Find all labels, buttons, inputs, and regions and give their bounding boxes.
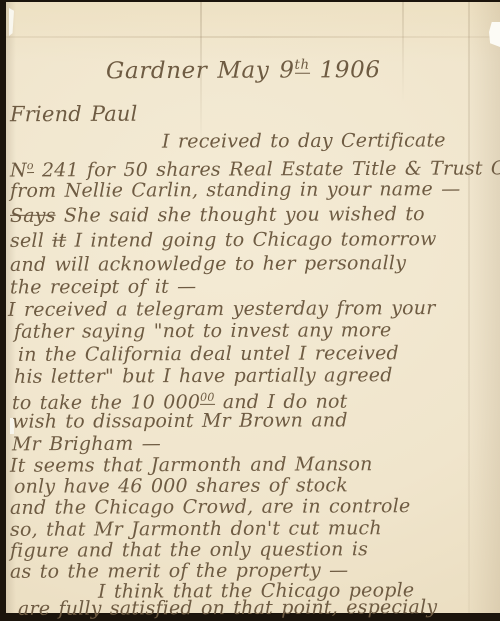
fold-crease-vertical-right (468, 2, 470, 613)
letter-line-22: are fully satisfied on that point, espec… (18, 595, 437, 621)
date-year: 1906 (310, 57, 381, 83)
letter-line-6: and will acknowledge to her personally (10, 251, 406, 277)
letter-line-5: sell it I intend going to Chicago tomorr… (10, 227, 437, 253)
letter-line-7: the receipt of it — (10, 275, 196, 300)
letter-line-4: Says She said she thought you wished to (10, 202, 425, 228)
letter-line-13: wish to dissapoint Mr Brown and (12, 408, 348, 433)
scanned-letter: Gardner May 9th 1906 Friend Paul I recei… (0, 0, 500, 621)
date-ordinal-superscript: th (295, 58, 310, 74)
paper-tear-top-right (489, 22, 500, 47)
strikethrough-word: Says (10, 205, 56, 227)
line-5-rest: I intend going to Chicago tomorrow (66, 228, 436, 252)
fold-crease-vertical-mid (402, 2, 404, 102)
date-line: Gardner May 9th 1906 (106, 53, 381, 83)
salutation: Friend Paul (10, 102, 138, 127)
strikethrough-word: it (52, 230, 66, 252)
line-4-rest: She said she thought you wished to (56, 203, 425, 227)
paper-tear-top-left (9, 8, 14, 36)
letter-page: Gardner May 9th 1906 Friend Paul I recei… (6, 2, 500, 613)
letter-line-3: from Nellie Carlin, standing in your nam… (10, 177, 460, 203)
letter-line-9: father saying "not to invest any more (14, 318, 391, 344)
line-5-start: sell (10, 230, 52, 252)
date-text: Gardner May 9 (106, 57, 295, 84)
fold-crease-horizontal (6, 36, 500, 38)
letter-line-1: I received to day Certificate (162, 128, 446, 153)
cents-superscript: 00 (200, 391, 214, 405)
